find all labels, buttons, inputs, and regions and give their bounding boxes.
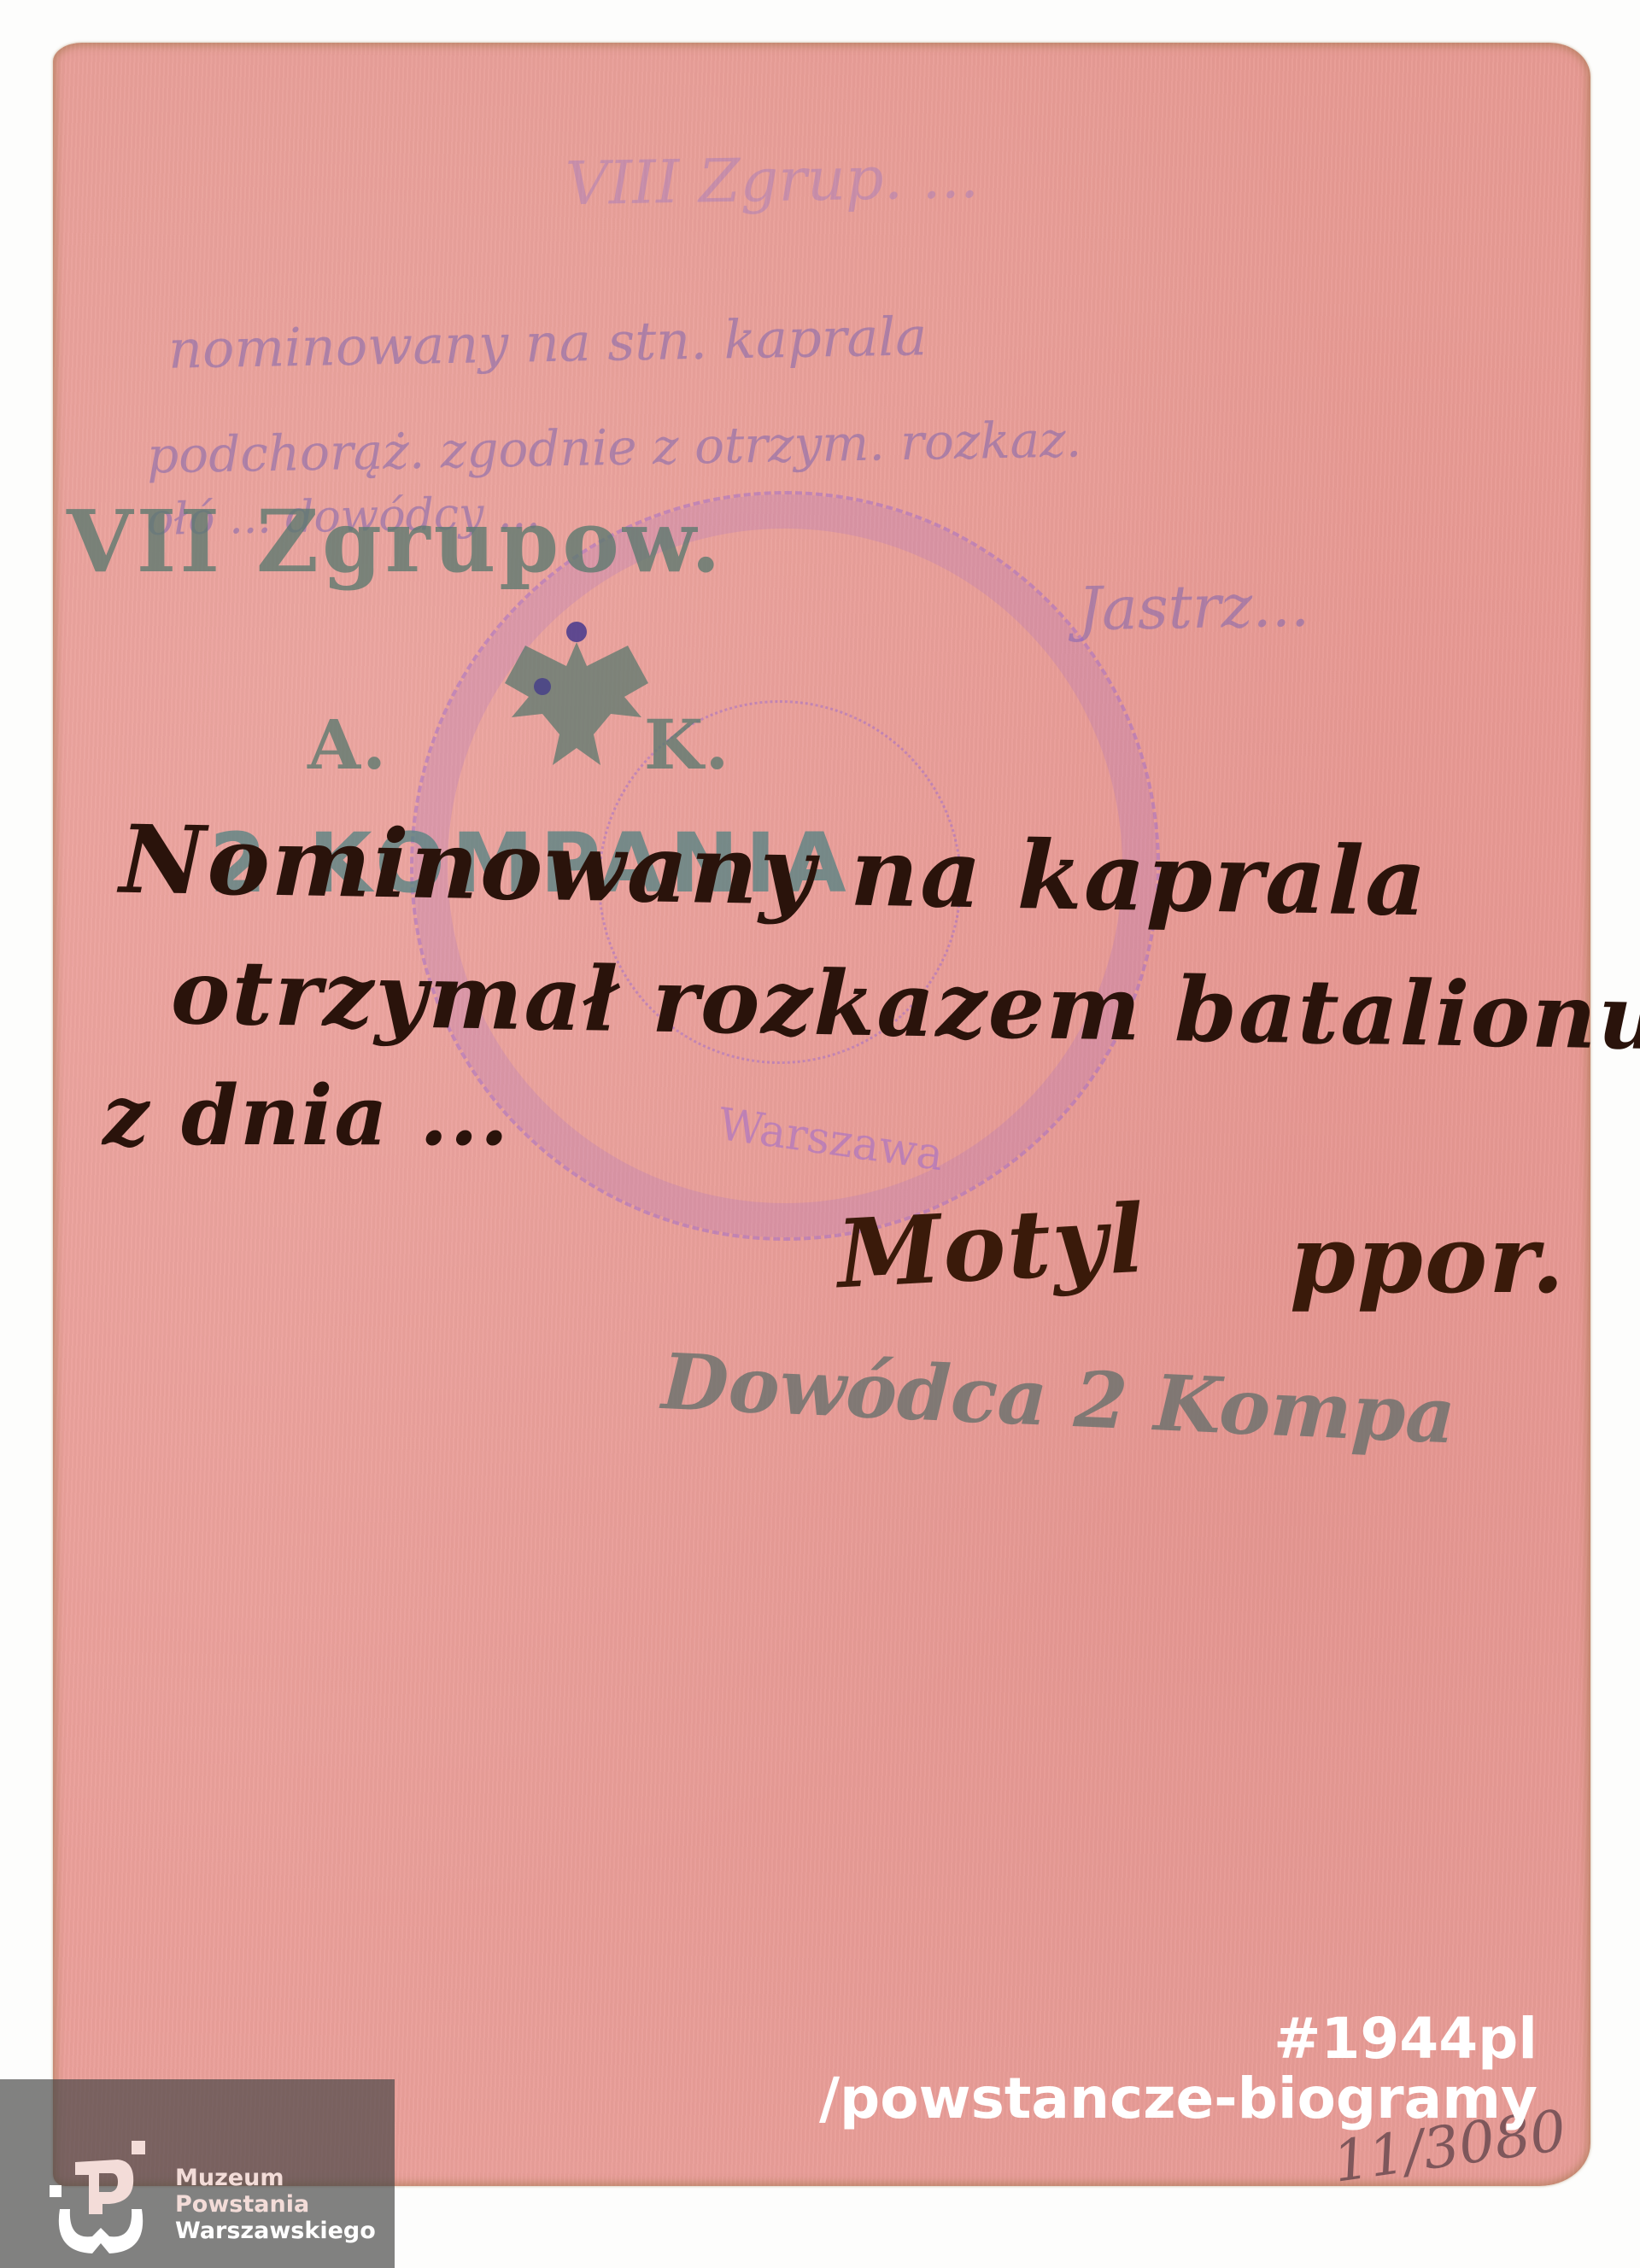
printed-ak-a: A. — [307, 704, 388, 785]
handwriting-line-1: Nominowany na kaprala — [119, 804, 1429, 938]
signature-rank: ppor. — [1290, 1204, 1566, 1314]
museum-logo: Muzeum Powstania Warszawskiego — [0, 2079, 395, 2268]
kotwica-anchor-icon — [50, 2141, 152, 2256]
museum-name-line-2: Powstania — [175, 2191, 376, 2218]
pencil-note-line-5: Jastrz... — [1077, 570, 1309, 645]
printed-group-name: VII Zgrupow. — [67, 491, 724, 592]
signature: Motyl — [835, 1184, 1149, 1310]
museum-name-line-3: Warszawskiego — [175, 2218, 376, 2244]
watermark-hashtag: #1944pl — [819, 2011, 1537, 2067]
museum-name: Muzeum Powstania Warszawskiego — [175, 2165, 376, 2244]
pencil-note-line-2: nominowany na stn. kaprala — [167, 305, 927, 380]
museum-name-line-1: Muzeum — [175, 2165, 376, 2191]
watermark-path: /powstancze-biogramy — [819, 2071, 1537, 2127]
watermark: #1944pl /powstancze-biogramy — [819, 2011, 1537, 2127]
printed-ak-k: K. — [644, 704, 730, 785]
pencil-note-line-3: podchorąż. zgodnie z otrzym. rozkaz. — [146, 410, 1081, 484]
handwriting-line-3: z dnia ... — [102, 1067, 510, 1164]
pencil-note-line-1: VIII Zgrup. ... — [565, 142, 979, 219]
printed-ak: A.K. — [307, 704, 730, 785]
